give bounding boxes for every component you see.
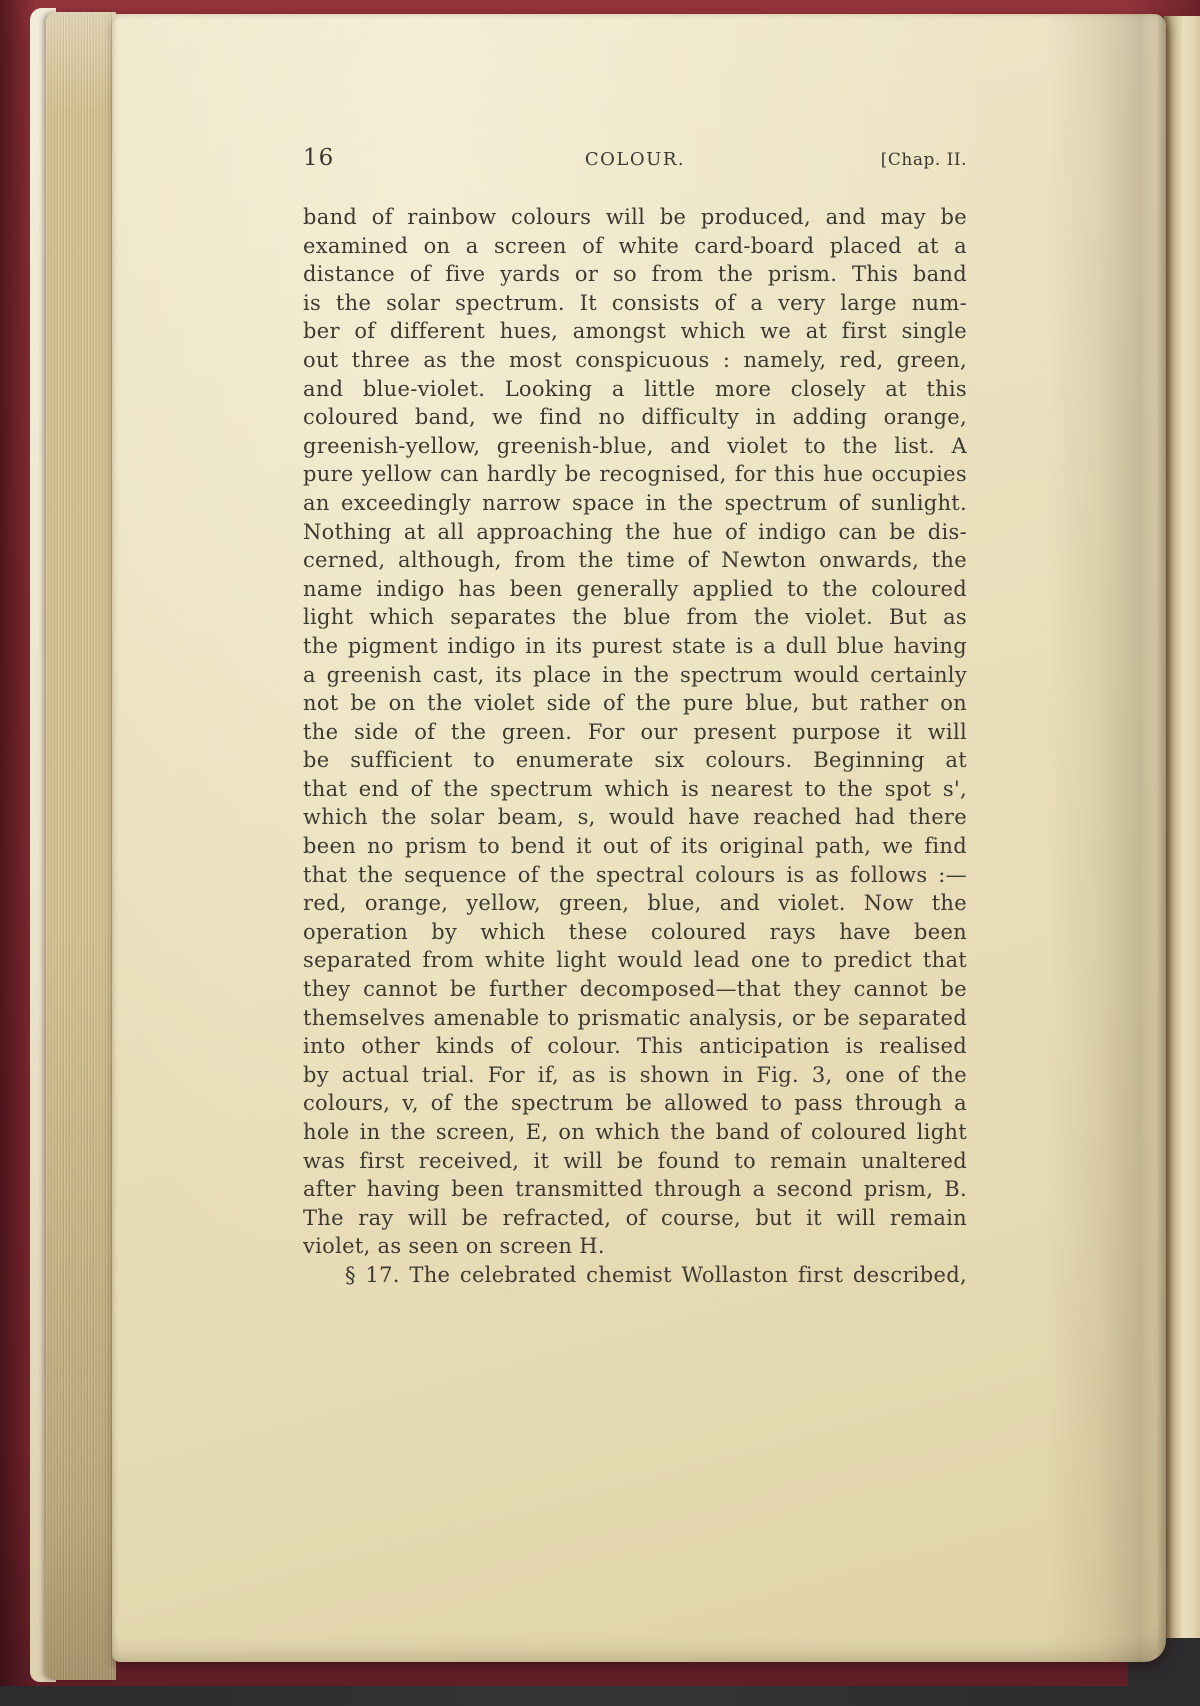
text-line: they cannot be further decomposed—that t…	[303, 975, 967, 1004]
text-line: by actual trial. For if, as is shown in …	[303, 1061, 967, 1090]
text-line: red, orange, yellow, green, blue, and vi…	[303, 889, 967, 918]
text-line: be sufficient to enumerate six colours. …	[303, 746, 967, 775]
text-line: themselves amenable to prismatic analysi…	[303, 1004, 967, 1033]
page-header: 16 COLOUR. [Chap. II.	[303, 145, 967, 171]
text-line: that the sequence of the spectral colour…	[303, 861, 967, 890]
text-line: been no prism to bend it out of its orig…	[303, 832, 967, 861]
text-line: operation by which these coloured rays h…	[303, 918, 967, 947]
book-page: 16 COLOUR. [Chap. II. band of rainbow co…	[112, 14, 1166, 1662]
running-title: COLOUR.	[443, 149, 827, 170]
text-line: that end of the spectrum which is neares…	[303, 775, 967, 804]
text-line: after having been transmitted through a …	[303, 1175, 967, 1204]
text-line: band of rainbow colours will be produced…	[303, 203, 967, 232]
text-line: colours, v, of the spectrum be allowed t…	[303, 1089, 967, 1118]
text-line: the side of the green. For our present p…	[303, 718, 967, 747]
text-line: coloured band, we find no difficulty in …	[303, 403, 967, 432]
text-line: not be on the violet side of the pure bl…	[303, 689, 967, 718]
facing-page-edge	[1164, 16, 1200, 1646]
page-number: 16	[303, 145, 443, 171]
text-line: was first received, it will be found to …	[303, 1147, 967, 1176]
text-line: ber of different hues, amongst which we …	[303, 317, 967, 346]
text-line: distance of five yards or so from the pr…	[303, 260, 967, 289]
text-line: and blue-violet. Looking a little more c…	[303, 375, 967, 404]
page-edge-stack	[46, 12, 116, 1680]
text-line: the pigment indigo in its purest state i…	[303, 632, 967, 661]
text-line: The ray will be refracted, of course, bu…	[303, 1204, 967, 1233]
text-line: violet, as seen on screen H.	[303, 1232, 967, 1261]
text-line: which the solar beam, s, would have reac…	[303, 803, 967, 832]
text-line: pure yellow can hardly be recognised, fo…	[303, 460, 967, 489]
chapter-mark: [Chap. II.	[827, 150, 967, 170]
text-line: a greenish cast, its place in the spectr…	[303, 661, 967, 690]
text-line: light which separates the blue from the …	[303, 603, 967, 632]
text-line: out three as the most conspicuous : name…	[303, 346, 967, 375]
text-line: greenish-yellow, greenish-blue, and viol…	[303, 432, 967, 461]
text-line: an exceedingly narrow space in the spect…	[303, 489, 967, 518]
text-line: cerned, although, from the time of Newto…	[303, 546, 967, 575]
text-line: examined on a screen of white card-board…	[303, 232, 967, 261]
text-line: name indigo has been generally applied t…	[303, 575, 967, 604]
body-text: band of rainbow colours will be produced…	[303, 203, 967, 1290]
text-line: hole in the screen, E, on which the band…	[303, 1118, 967, 1147]
text-line: § 17. The celebrated chemist Wollaston f…	[303, 1261, 967, 1290]
text-line: Nothing at all approaching the hue of in…	[303, 518, 967, 547]
text-line: into other kinds of colour. This anticip…	[303, 1032, 967, 1061]
text-line: is the solar spectrum. It consists of a …	[303, 289, 967, 318]
text-line: separated from white light would lead on…	[303, 946, 967, 975]
